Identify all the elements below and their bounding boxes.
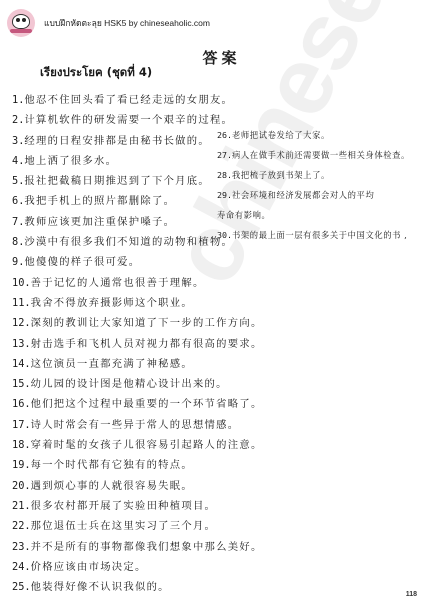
answer-text: 老师把试卷发给了大家。: [232, 130, 330, 140]
answer-text: 这位演员一直都充满了神秘感。: [31, 358, 193, 370]
answer-item: 10.善于记忆的人通常也很善于理解。: [12, 273, 263, 293]
answer-number: 3.: [12, 135, 24, 147]
panda-face-icon: [12, 14, 30, 29]
answer-number: 12.: [12, 317, 31, 329]
answer-number: 22.: [12, 520, 31, 532]
answer-item: 24.价格应该由市场决定。: [12, 557, 263, 577]
answer-text: 他们把这个过程中最重要的一个环节省略了。: [31, 398, 263, 410]
answer-text: 射击选手和飞机人员对视力都有很高的要求。: [31, 338, 263, 350]
answer-item: 15.幼儿园的设计图是他精心设计出来的。: [12, 374, 263, 394]
answer-number: 18.: [12, 439, 31, 451]
answer-item: 18.穿着时髦的女孩子儿很容易引起路人的注意。: [12, 435, 263, 455]
answer-number: 8.: [12, 236, 24, 248]
answer-text: 地上洒了很多水。: [24, 155, 117, 167]
answer-number: 2.: [12, 114, 24, 126]
answer-text: 计算机软件的研发需要一个艰辛的过程。: [24, 114, 233, 126]
answer-text: 沙漠中有很多我们不知道的动物和植物。: [24, 236, 233, 248]
answer-number: 11.: [12, 297, 31, 309]
panda-logo-icon: [7, 9, 35, 37]
answer-item: 29.社会环境和经济发展都会对人的平均寿命有影响。: [217, 185, 410, 225]
answer-number: 6.: [12, 195, 24, 207]
answer-item: 30.书架的最上面一层有很多关于中国文化的书 ,: [217, 225, 410, 245]
answer-item: 1.他忍不住回头看了看已经走远的女朋友。: [12, 90, 263, 110]
answer-number: 25.: [12, 581, 31, 593]
page-header: แบบฝึกหัดตะลุย HSK5 by chineseaholic.com: [7, 9, 210, 37]
answer-text: 善于记忆的人通常也很善于理解。: [31, 277, 205, 289]
answer-number: 30.: [217, 230, 232, 240]
answer-text: 深刻的教训让大家知道了下一步的工作方向。: [31, 317, 263, 329]
answer-item: 20.遇到烦心事的人就很容易失眠。: [12, 476, 263, 496]
answer-item: 27.病人在做手术前还需要做一些相关身体检查。: [217, 145, 410, 165]
answer-text: 那位退伍士兵在这里实习了三个月。: [31, 520, 217, 532]
answer-text: 很多农村都开展了实验田种植项目。: [31, 500, 217, 512]
answer-text: 穿着时髦的女孩子儿很容易引起路人的注意。: [31, 439, 263, 451]
answer-text: 报社把截稿日期推迟到了下个月底。: [24, 175, 210, 187]
answer-text-continued: 寿命有影响。: [217, 205, 410, 225]
answer-number: 5.: [12, 175, 24, 187]
answer-item: 12.深刻的教训让大家知道了下一步的工作方向。: [12, 313, 263, 333]
answer-text: 我把手机上的照片都删除了。: [24, 195, 175, 207]
answer-item: 14.这位演员一直都充满了神秘感。: [12, 354, 263, 374]
answer-text: 书架的最上面一层有很多关于中国文化的书 ,: [232, 230, 408, 240]
logo-caption: [10, 29, 32, 33]
answer-number: 29.: [217, 190, 232, 200]
answer-number: 17.: [12, 419, 31, 431]
answer-number: 15.: [12, 378, 31, 390]
answer-text: 我舍不得放弃摄影师这个职业。: [31, 297, 193, 309]
answer-number: 7.: [12, 216, 24, 228]
answer-number: 24.: [12, 561, 31, 573]
answer-number: 23.: [12, 541, 31, 553]
answer-number: 9.: [12, 256, 24, 268]
answer-number: 13.: [12, 338, 31, 350]
answer-item: 23.并不是所有的事物都像我们想象中那么美好。: [12, 537, 263, 557]
answer-number: 16.: [12, 398, 31, 410]
answer-text: 每一个时代都有它独有的特点。: [31, 459, 193, 471]
page-number: 118: [406, 591, 417, 598]
answer-number: 21.: [12, 500, 31, 512]
answer-item: 16.他们把这个过程中最重要的一个环节省略了。: [12, 394, 263, 414]
answer-number: 28.: [217, 170, 232, 180]
answer-number: 27.: [217, 150, 232, 160]
answer-text: 诗人时常会有一些异于常人的思想情感。: [31, 419, 240, 431]
answer-number: 26.: [217, 130, 232, 140]
answer-text: 他装得好像不认识我似的。: [31, 581, 170, 593]
answer-text: 我把梳子放到书架上了。: [232, 170, 330, 180]
answers-list-right: 26.老师把试卷发给了大家。 27.病人在做手术前还需要做一些相关身体检查。 2…: [217, 125, 410, 245]
answer-number: 14.: [12, 358, 31, 370]
answer-text: 社会环境和经济发展都会对人的平均: [232, 190, 374, 200]
answer-number: 4.: [12, 155, 24, 167]
answer-item: 11.我舍不得放弃摄影师这个职业。: [12, 293, 263, 313]
answer-number: 19.: [12, 459, 31, 471]
answer-text: 他傻傻的样子很可爱。: [24, 256, 140, 268]
answer-item: 13.射击选手和飞机人员对视力都有很高的要求。: [12, 334, 263, 354]
answer-text: 幼儿园的设计图是他精心设计出来的。: [31, 378, 228, 390]
answer-text: 并不是所有的事物都像我们想象中那么美好。: [31, 541, 263, 553]
answer-number: 20.: [12, 480, 31, 492]
answer-text: 教师应该更加注重保护嗓子。: [24, 216, 175, 228]
answer-number: 1.: [12, 94, 24, 106]
answer-item: 28.我把梳子放到书架上了。: [217, 165, 410, 185]
answer-number: 10.: [12, 277, 31, 289]
answer-item: 22.那位退伍士兵在这里实习了三个月。: [12, 516, 263, 536]
answer-item: 25.他装得好像不认识我似的。: [12, 577, 263, 597]
answer-item: 26.老师把试卷发给了大家。: [217, 125, 410, 145]
answer-text: 经理的日程安排都是由秘书长做的。: [24, 135, 210, 147]
answer-item: 21.很多农村都开展了实验田种植项目。: [12, 496, 263, 516]
answer-item: 17.诗人时常会有一些异于常人的思想情感。: [12, 415, 263, 435]
answer-text: 他忍不住回头看了看已经走远的女朋友。: [24, 94, 233, 106]
answer-text: 病人在做手术前还需要做一些相关身体检查。: [232, 150, 410, 160]
answer-item: 9.他傻傻的样子很可爱。: [12, 252, 263, 272]
section-subtitle: เรียงประโยค (ชุดที่ 4): [40, 64, 152, 82]
answer-item: 19.每一个时代都有它独有的特点。: [12, 455, 263, 475]
answer-text: 价格应该由市场决定。: [31, 561, 147, 573]
header-text: แบบฝึกหัดตะลุย HSK5 by chineseaholic.com: [44, 16, 210, 30]
answer-text: 遇到烦心事的人就很容易失眠。: [31, 480, 193, 492]
